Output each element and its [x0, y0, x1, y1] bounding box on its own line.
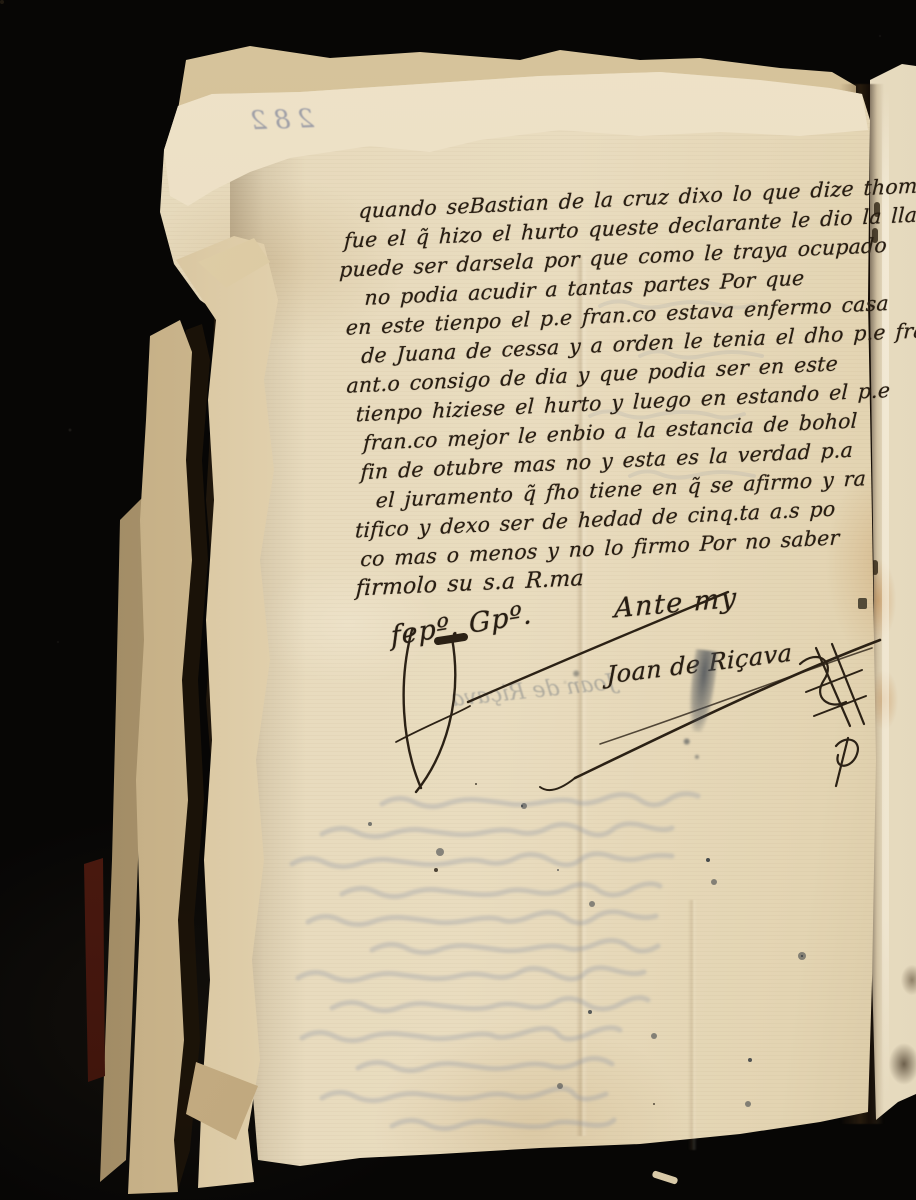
ink-specks	[0, 0, 4, 4]
manuscript-photo: 282 Joan de Riçava quando seBastian de l…	[0, 0, 916, 1200]
margin-ink-mark	[858, 598, 867, 609]
